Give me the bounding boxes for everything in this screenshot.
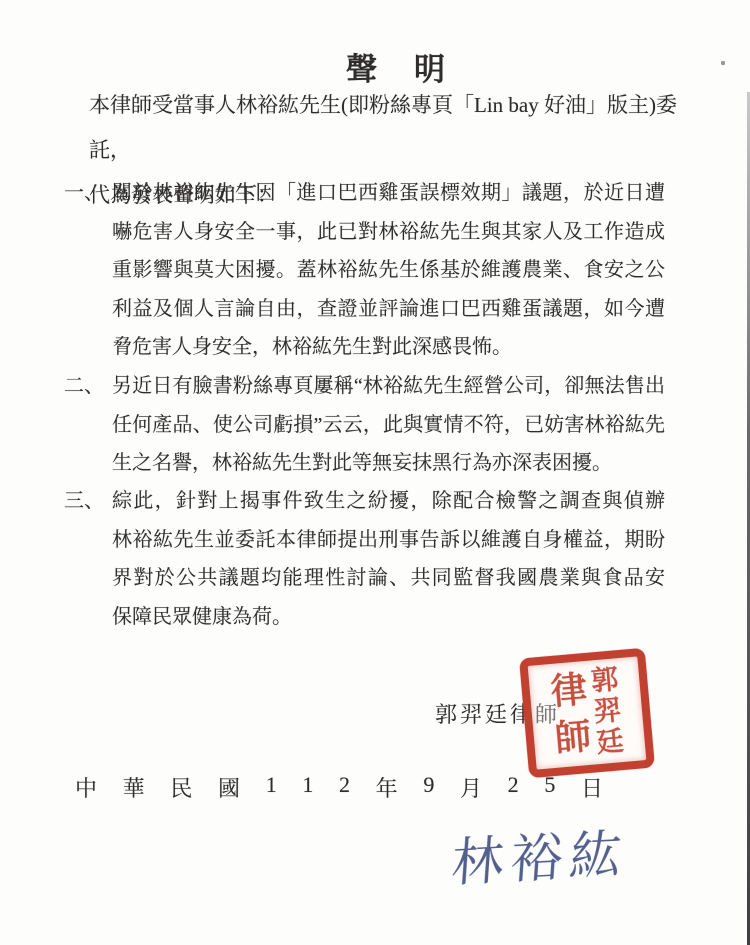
date-character: 日 bbox=[581, 772, 603, 803]
seal-character: 廷 bbox=[595, 725, 625, 758]
date-character: 1 bbox=[302, 772, 313, 803]
date-line: 中 華 民 國 1 1 2 年 9 月 2 5 日 bbox=[75, 772, 603, 803]
item-text-line: 綜此，針對上揭事件致生之紛擾，除配合檢警之調查與偵辦外， bbox=[112, 482, 665, 521]
date-character: 民 bbox=[170, 772, 192, 803]
item-text-line: 利益及個人言論自由，查證並評論進口巴西雞蛋議題，如今遭威 bbox=[112, 290, 665, 329]
date-character: 華 bbox=[123, 772, 145, 803]
date-character: 2 bbox=[508, 772, 519, 803]
seal-column-left: 律 師 bbox=[549, 666, 593, 763]
date-character: 年 bbox=[376, 772, 398, 803]
seal-character: 郭 bbox=[590, 664, 620, 697]
item-text-line: 保障民眾健康為荷。 bbox=[112, 598, 665, 637]
seal-character: 律 bbox=[549, 666, 589, 716]
statement-document-page: 聲 明 本律師受當事人林裕紘先生(即粉絲專頁「Lin bay 好油」版主)委託，… bbox=[0, 0, 750, 945]
date-character: 1 bbox=[266, 772, 277, 803]
lawyer-seal-stamp: 郭 羿 廷 律 師 bbox=[519, 648, 655, 779]
item-text-line: 生之名譽，林裕紘先生對此等無妄抹黑行為亦深表困擾。 bbox=[112, 444, 665, 483]
intro-line: 本律師受當事人林裕紘先生(即粉絲專頁「Lin bay 好油」版主)委託， bbox=[89, 83, 679, 173]
item-text-line: 林裕紘先生並委託本律師提出刑事告訴以維護自身權益，期盼各 bbox=[112, 521, 665, 560]
seal-character: 羿 bbox=[593, 695, 623, 728]
item-text-line: 重影響與莫大困擾。蓋林裕紘先生係基於維護農業、食安之公共 bbox=[112, 251, 665, 290]
seal-column-right: 郭 羿 廷 bbox=[590, 664, 625, 759]
scan-speck bbox=[721, 61, 725, 65]
item-text-line: 另近日有臉書粉絲專頁屢稱“林裕紘先生經營公司，卻無法售出 bbox=[112, 367, 665, 406]
date-character: 9 bbox=[423, 772, 434, 803]
date-character: 5 bbox=[544, 772, 555, 803]
date-character: 月 bbox=[460, 772, 482, 803]
statement-item-1: 一、 關於林裕紘先生因「進口巴西雞蛋誤標效期」議題，於近日遭恐 嚇危害人身安全一… bbox=[64, 174, 665, 367]
handwritten-signature: 林裕紘 bbox=[449, 811, 631, 896]
item-number: 三、 bbox=[64, 482, 104, 521]
item-text-line: 任何產品、使公司虧損”云云，此與實情不符，已妨害林裕紘先 bbox=[112, 406, 665, 445]
item-number: 二、 bbox=[64, 367, 104, 406]
item-text-line: 嚇危害人身安全一事，此已對林裕紘先生與其家人及工作造成嚴 bbox=[112, 213, 665, 252]
item-text-line: 界對於公共議題均能理性討論、共同監督我國農業與食品安全， bbox=[112, 559, 665, 598]
item-text-line: 關於林裕紘先生因「進口巴西雞蛋誤標效期」議題，於近日遭恐 bbox=[112, 174, 665, 213]
seal-character: 師 bbox=[553, 713, 593, 763]
date-character: 中 bbox=[75, 772, 97, 803]
statement-item-2: 二、 另近日有臉書粉絲專頁屢稱“林裕紘先生經營公司，卻無法售出 任何產品、使公司… bbox=[64, 367, 665, 483]
item-text-line: 脅危害人身安全，林裕紘先生對此深感畏怖。 bbox=[112, 328, 665, 367]
item-number: 一、 bbox=[64, 174, 104, 213]
statement-item-3: 三、 綜此，針對上揭事件致生之紛擾，除配合檢警之調查與偵辦外， 林裕紘先生並委託… bbox=[64, 482, 665, 636]
date-character: 2 bbox=[339, 772, 350, 803]
date-character: 國 bbox=[218, 772, 240, 803]
